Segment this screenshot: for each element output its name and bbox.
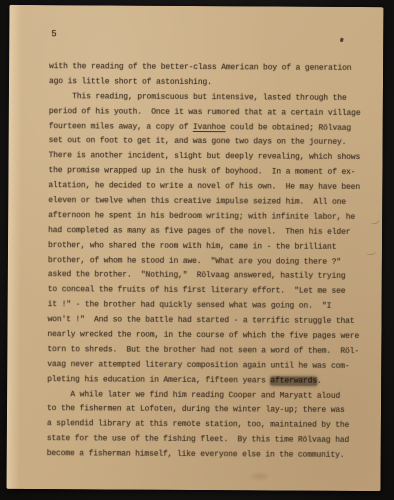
paper-smudge xyxy=(252,473,268,479)
text-line: ago is little short of astonishing. xyxy=(49,75,367,92)
pencil-mark xyxy=(365,247,376,256)
pencil-mark xyxy=(369,215,380,225)
text-line: had completed as many as five pages of t… xyxy=(48,224,366,241)
page-number: 5 xyxy=(51,29,56,39)
page-text: with the reading of the better-class Ame… xyxy=(47,60,367,464)
text-line: become a fisherman himself, like everyon… xyxy=(47,447,365,464)
text-line: torn to shreds. But the brother had not … xyxy=(47,343,365,360)
photo-background: 5 with the reading of the better-class A… xyxy=(0,0,394,500)
document-page: 5 with the reading of the better-class A… xyxy=(7,5,384,491)
text-line: period of his youth. Once it was rumored… xyxy=(49,105,367,122)
ink-speck xyxy=(340,38,344,43)
text-line: afternoon he spent in his bedroom writin… xyxy=(48,209,366,226)
text-line: brother, who shared the room with him, c… xyxy=(48,239,366,256)
text-line: vaag never attempted literary compositio… xyxy=(47,358,365,375)
text-line: pleting his education in America, fiftee… xyxy=(47,373,365,390)
text-line: This reading, promiscuous but intensive,… xyxy=(49,90,367,107)
